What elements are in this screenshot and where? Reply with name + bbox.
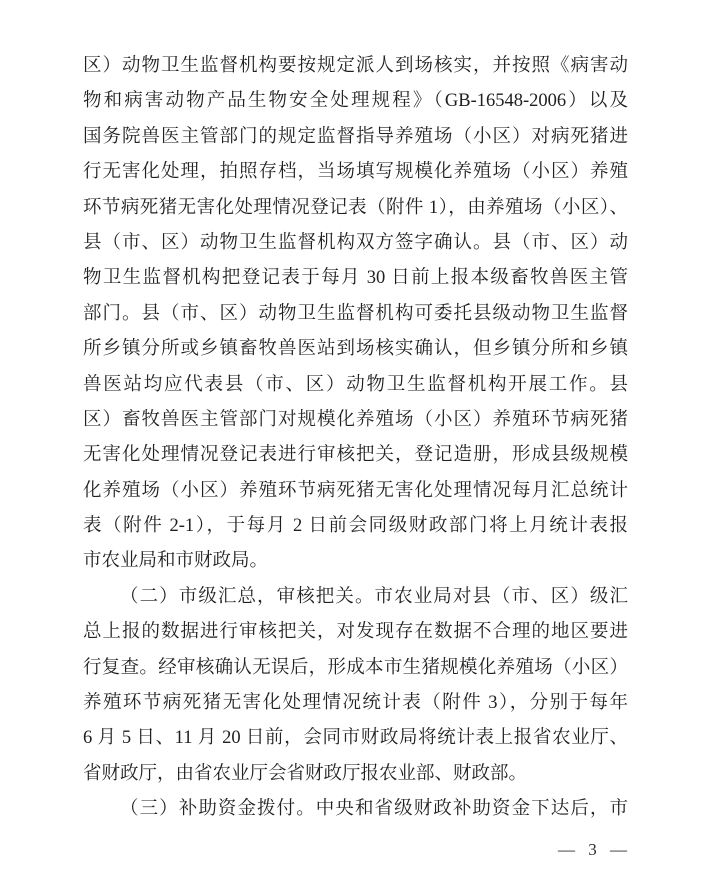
text-line: 县（市、区）动物卫生监督机构双方签字确认。县（市、区）动 (83, 226, 628, 261)
text-line: 化养殖场（小区）养殖环节病死猪无害化处理情况每月汇总统计 (83, 474, 628, 509)
text-line: 部门。县（市、区）动物卫生监督机构可委托县级动物卫生监督 (83, 297, 628, 332)
text-line: 国务院兽医主管部门的规定监督指导养殖场（小区）对病死猪进 (83, 120, 628, 155)
text-line: 物卫生监督机构把登记表于每月 30 日前上报本级畜牧兽医主管 (83, 261, 628, 296)
document-page: 区）动物卫生监督机构要按规定派人到场核实，并按照《病害动 物和病害动物产品生物安… (0, 0, 713, 896)
text-line: 市农业局和市财政局。 (83, 544, 628, 579)
text-line: 表（附件 2-1），于每月 2 日前会同级财政部门将上月统计表报 (83, 509, 628, 544)
text-line: 所乡镇分所或乡镇畜牧兽医站到场核实确认，但乡镇分所和乡镇 (83, 332, 628, 367)
text-line: 环节病死猪无害化处理情况登记表（附件 1），由养殖场（小区）、 (83, 191, 628, 226)
text-line: 总上报的数据进行审核把关，对发现存在数据不合理的地区要进 (83, 615, 628, 650)
text-line: 无害化处理情况登记表进行审核把关，登记造册，形成县级规模 (83, 438, 628, 473)
text-line: 6 月 5 日、11 月 20 日前，会同市财政局将统计表上报省农业厅、 (83, 721, 628, 756)
text-line: 物和病害动物产品生物安全处理规程》（GB-16548-2006）以及 (83, 84, 628, 119)
text-line: 养殖环节病死猪无害化处理情况统计表（附件 3），分别于每年 (83, 686, 628, 721)
paragraph-start-line: （二）市级汇总，审核把关。市农业局对县（市、区）级汇 (83, 580, 628, 615)
text-line: 行复查。经审核确认无误后，形成本市生猪规模化养殖场（小区） (83, 651, 628, 686)
page-number: — 3 — (558, 839, 628, 861)
document-body: 区）动物卫生监督机构要按规定派人到场核实，并按照《病害动 物和病害动物产品生物安… (83, 49, 628, 828)
text-line: 区）动物卫生监督机构要按规定派人到场核实，并按照《病害动 (83, 49, 628, 84)
text-line: 兽医站均应代表县（市、区）动物卫生监督机构开展工作。县（市、 (83, 368, 628, 403)
text-line: 行无害化处理，拍照存档，当场填写规模化养殖场（小区）养殖 (83, 155, 628, 190)
text-line: 区）畜牧兽医主管部门对规模化养殖场（小区）养殖环节病死猪 (83, 403, 628, 438)
paragraph-start-line: （三）补助资金拨付。中央和省级财政补助资金下达后，市 (83, 792, 628, 827)
text-line: 省财政厅，由省农业厅会省财政厅报农业部、财政部。 (83, 757, 628, 792)
